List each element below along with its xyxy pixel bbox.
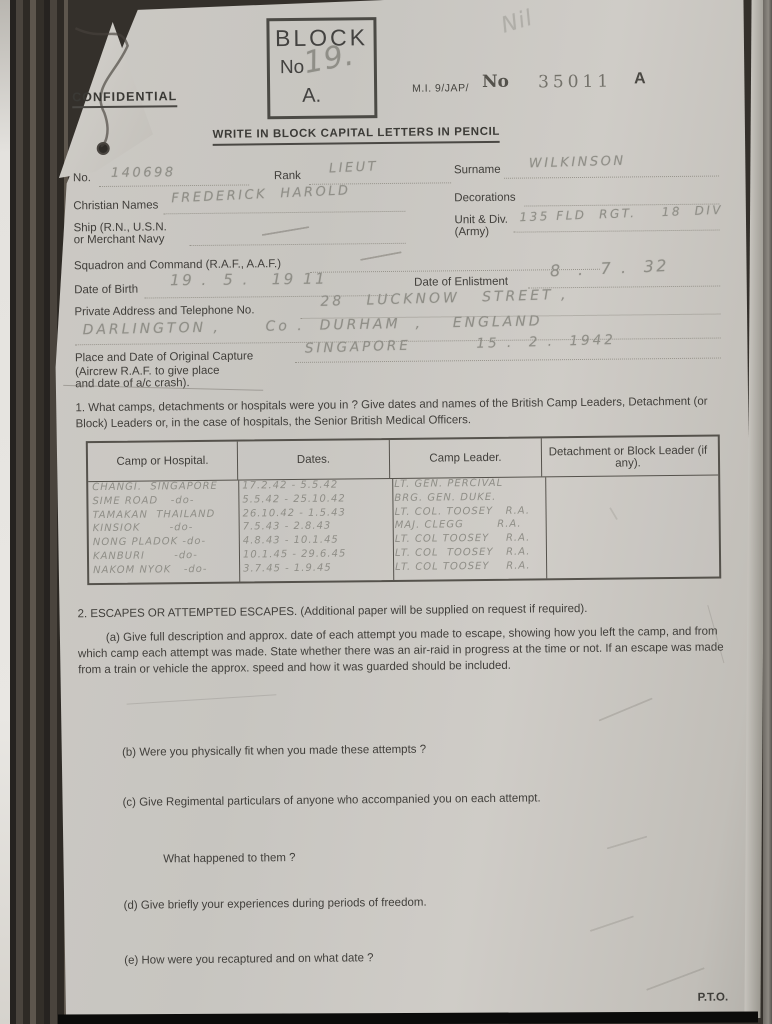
field-christian-names-label: Christian Names	[73, 199, 158, 212]
camps-table-header: Camp or Hospital. Dates. Camp Leader. De…	[88, 437, 718, 483]
field-enlistment-label: Date of Enlistment	[414, 276, 508, 289]
field-surname-line	[504, 174, 719, 179]
question-2e-text: (e) How were you recaptured and on what …	[124, 947, 724, 969]
field-christian-names-value: FREDERICK HAROLD	[171, 183, 351, 206]
field-capture-line	[295, 356, 721, 363]
field-rank-label: Rank	[274, 170, 301, 182]
field-ship-label-line1: Ship (R.N., U.S.N.	[73, 221, 166, 234]
pencil-note: Nil	[499, 6, 537, 39]
pencil-slash	[646, 967, 705, 991]
question-2b-text: (b) Were you physically fit when you mad…	[122, 739, 722, 761]
column-header-camp: Camp or Hospital.	[88, 442, 238, 482]
field-capture-note1: (Aircrew R.A.F. to give place	[75, 365, 220, 379]
photo-right-edge	[763, 0, 772, 1024]
field-unit-line	[514, 228, 720, 233]
column-header-leader: Camp Leader.	[390, 438, 542, 478]
block-stamp-section: A.	[302, 85, 321, 108]
cell-camp: NAKOM NYOK -do-	[89, 563, 239, 578]
field-christian-names-line	[163, 209, 405, 215]
field-surname-value: WILKINSON	[529, 154, 626, 172]
mi9-prefix: M.I. 9/JAP/	[412, 82, 469, 95]
camps-table-body: CHANGI. SINGAPORE 17.2.42 - 5.5.42 LT. G…	[88, 476, 719, 584]
question-1-text: 1. What camps, detachments or hospitals …	[75, 393, 733, 432]
cell-dates: 3.7.45 - 1.9.45	[239, 562, 391, 577]
question-2-heading: 2. ESCAPES OR ATTEMPTED ESCAPES. (Additi…	[78, 599, 738, 622]
confidential-label: CONFIDENTIAL	[72, 89, 177, 108]
field-rank-value: LIEUT	[329, 159, 379, 176]
block-stamp-no-label: No	[280, 57, 305, 79]
pencil-slash	[598, 697, 652, 721]
paper-crease	[127, 694, 277, 704]
column-header-detachment: Detachment or Block Leader (if any).	[542, 437, 714, 477]
field-address-value1: 28 LUCKNOW STREET ,	[320, 287, 569, 310]
field-capture-label: Place and Date of Original Capture	[75, 350, 253, 364]
string-tie	[65, 17, 156, 158]
field-unit-label-line1: Unit & Div.	[454, 214, 508, 227]
question-2d-text: (d) Give briefly your experiences during…	[124, 892, 724, 914]
question-2c2-text: What happened to them ?	[163, 847, 563, 867]
field-ship-line	[190, 241, 406, 246]
form-page: CONFIDENTIAL BLOCK No A. 19. M.I. 9/JAP/…	[59, 0, 760, 1024]
mi9-no-label: No	[482, 72, 509, 92]
camps-table: Camp or Hospital. Dates. Camp Leader. De…	[86, 435, 721, 586]
field-ship-label-line2: or Merchant Navy	[74, 233, 165, 246]
field-decorations-label: Decorations	[454, 192, 515, 205]
instruction-heading: WRITE IN BLOCK CAPITAL LETTERS IN PENCIL	[213, 126, 501, 146]
field-dob-value: 19 . 5 . 19 11	[170, 270, 327, 290]
field-no-value: 140698	[111, 165, 176, 181]
field-enlistment-value: 8 . 7 . 32	[550, 256, 670, 280]
field-unit-label-line2: (Army)	[455, 226, 490, 238]
pencil-slash	[590, 915, 634, 932]
field-surname-label: Surname	[454, 164, 501, 176]
pto-label: P.T.O.	[698, 991, 729, 1003]
cell-detachment	[543, 558, 715, 574]
field-ship-dash	[262, 226, 310, 236]
field-no-label: No.	[73, 172, 91, 184]
column-header-dates: Dates.	[238, 440, 390, 480]
field-capture-value: SINGAPORE 15 . 2 . 1942	[305, 332, 616, 357]
mi9-suffix: A	[634, 70, 646, 88]
book-edge-strip	[0, 0, 10, 1024]
field-dob-label: Date of Birth	[74, 284, 138, 297]
mi9-serial-number: 35011	[538, 72, 612, 93]
question-2c-text: (c) Give Regimental particulars of anyon…	[122, 789, 722, 811]
question-2a-text: (a) Give full description and approx. da…	[78, 623, 738, 678]
field-no-line	[99, 182, 249, 187]
field-address-label: Private Address and Telephone No.	[74, 304, 254, 318]
pencil-slash	[607, 836, 648, 850]
cell-leader: LT. COL TOOSEY R.A.	[391, 560, 543, 575]
field-squadron-dash	[360, 251, 402, 261]
